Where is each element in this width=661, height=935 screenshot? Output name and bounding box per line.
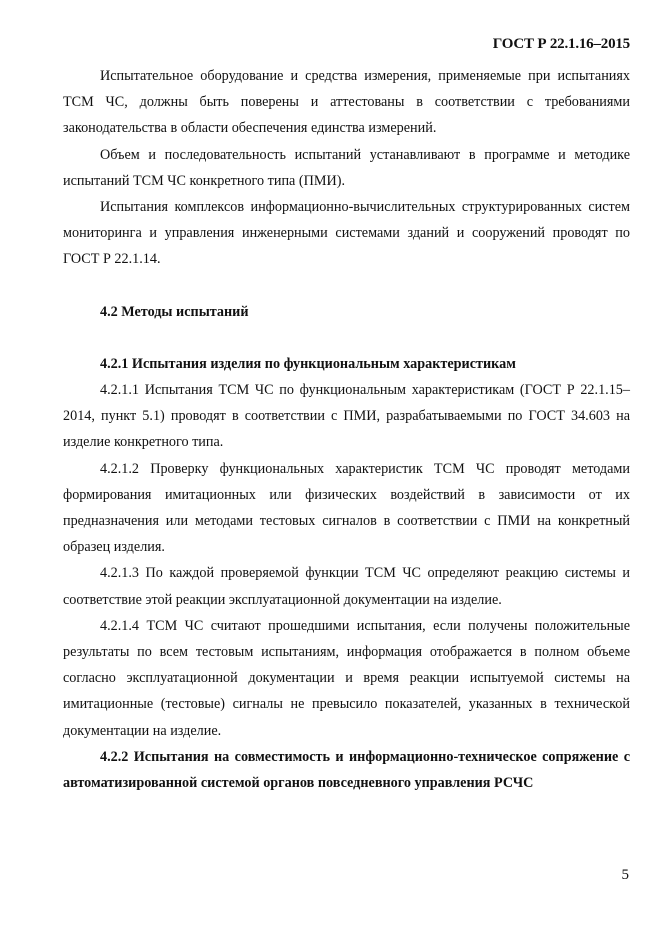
paragraph-complex-tests: Испытания комплексов информационно-вычис…: [63, 194, 630, 273]
paragraph-test-program: Объем и последовательность испытаний уст…: [63, 142, 630, 194]
clause-4-2-1-2: 4.2.1.2 Проверку функциональных характер…: [63, 456, 630, 561]
clause-4-2-1-1: 4.2.1.1 Испытания ТСМ ЧС по функциональн…: [63, 377, 630, 456]
page-number: 5: [622, 867, 630, 884]
document-header-id: ГОСТ Р 22.1.16–2015: [493, 36, 630, 53]
section-heading-4-2-2: 4.2.2 Испытания на совместимость и инфор…: [63, 744, 630, 796]
section-heading-4-2: 4.2 Методы испытаний: [63, 299, 630, 325]
section-heading-4-2-1: 4.2.1 Испытания изделия по функциональны…: [63, 351, 630, 377]
page-body: Испытательное оборудование и средства из…: [63, 63, 630, 796]
clause-4-2-1-3: 4.2.1.3 По каждой проверяемой функции ТС…: [63, 560, 630, 612]
paragraph-test-equipment: Испытательное оборудование и средства из…: [63, 63, 630, 142]
clause-4-2-1-4: 4.2.1.4 ТСМ ЧС считают прошедшими испыта…: [63, 613, 630, 744]
